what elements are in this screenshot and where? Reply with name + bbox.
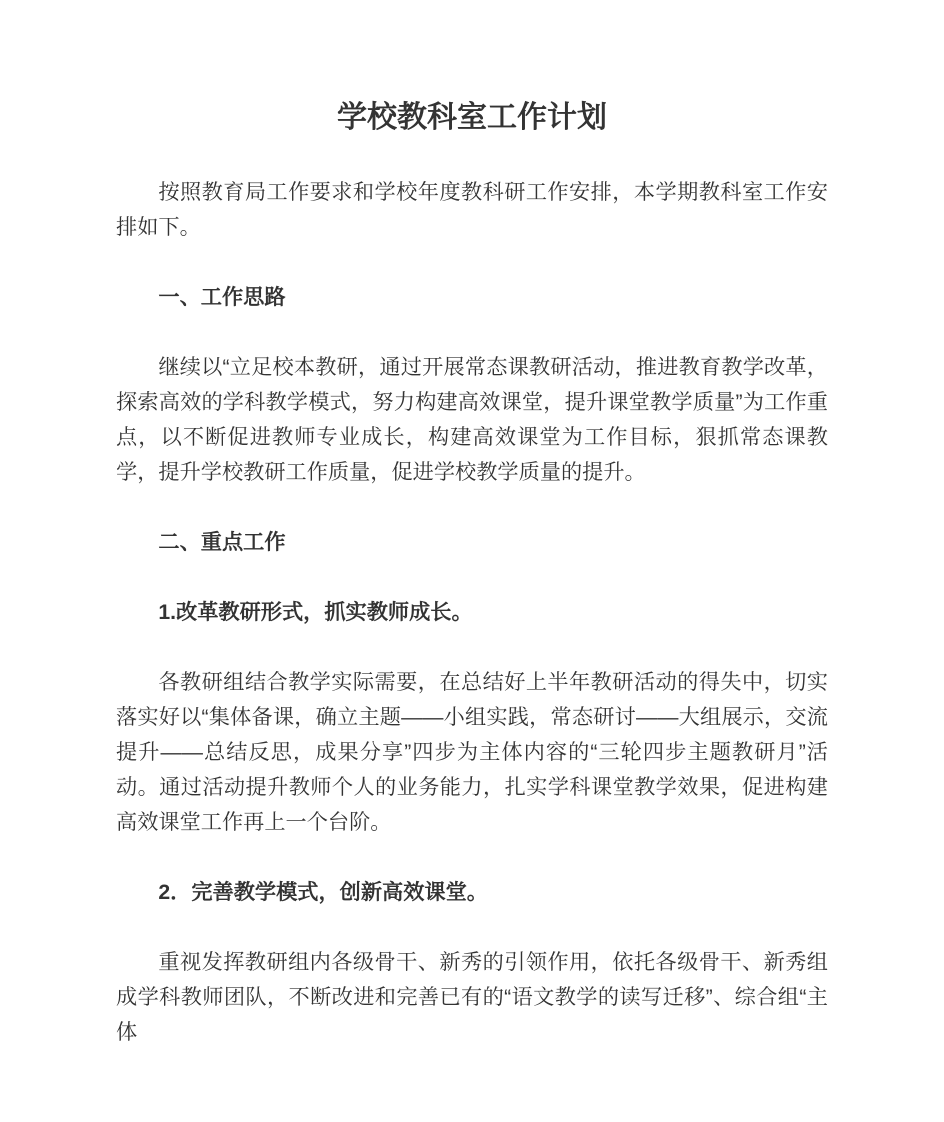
section-2-item-2-paragraph: 重视发挥教研组内各级骨干、新秀的引领作用，依托各级骨干、新秀组成学科教师团队，不…	[116, 945, 828, 1050]
document-page: 学校教科室工作计划 按照教育局工作要求和学校年度教科研工作安排，本学期教科室工作…	[0, 0, 944, 1122]
section-1-paragraph: 继续以“立足校本教研，通过开展常态课教研活动，推进教育教学改革，探索高效的学科教…	[116, 350, 828, 490]
intro-paragraph: 按照教育局工作要求和学校年度教科研工作安排，本学期教科室工作安排如下。	[116, 175, 828, 245]
section-2-item-2-heading: 2．完善教学模式，创新高效课堂。	[116, 875, 828, 910]
section-2-item-1-paragraph: 各教研组结合教学实际需要，在总结好上半年教研活动的得失中，切实落实好以“集体备课…	[116, 665, 828, 840]
document-body: 按照教育局工作要求和学校年度教科研工作安排，本学期教科室工作安排如下。一、工作思…	[116, 175, 828, 1050]
section-2-item-1-heading: 1.改革教研形式，抓实教师成长。	[116, 595, 828, 630]
section-2-heading: 二、重点工作	[116, 525, 828, 560]
document-title: 学校教科室工作计划	[116, 96, 828, 140]
section-1-heading: 一、工作思路	[116, 280, 828, 315]
